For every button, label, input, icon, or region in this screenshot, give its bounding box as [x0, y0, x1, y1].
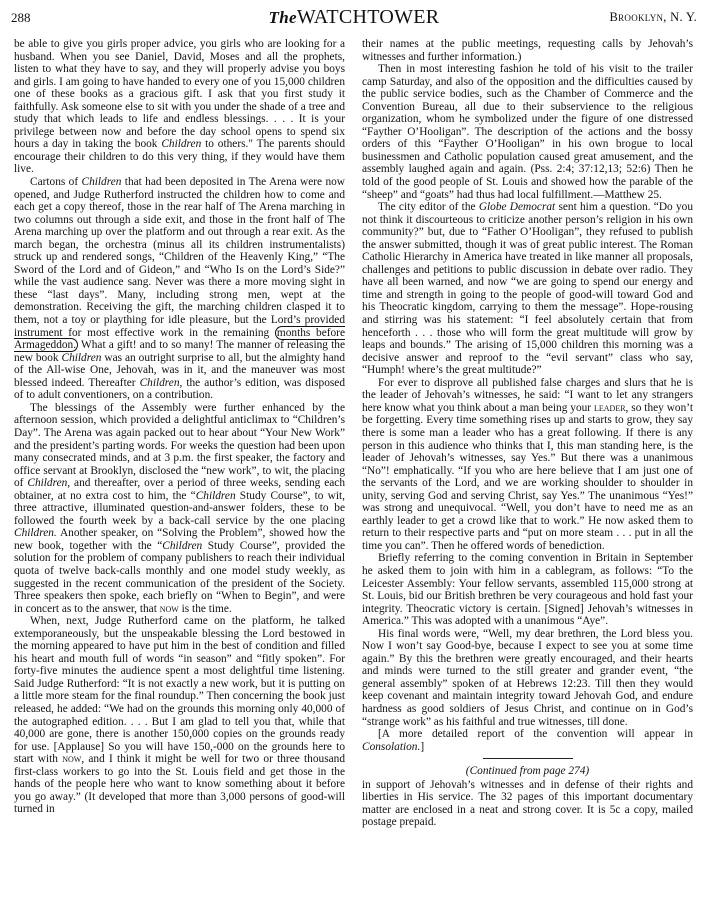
- text: sent him a question. “Do you not think i…: [362, 201, 693, 376]
- section-divider: [483, 758, 573, 759]
- text: [A more detailed report of the conventio…: [378, 728, 693, 740]
- text: The blessings of the Assembly were furth…: [14, 402, 345, 489]
- paragraph: For ever to disprove all published false…: [362, 377, 693, 553]
- italic-text: Children,: [27, 477, 70, 489]
- small-caps-text: leader: [594, 402, 626, 414]
- paragraph: The blessings of the Assembly were furth…: [14, 402, 345, 615]
- italic-text: Children: [161, 138, 201, 150]
- paragraph: Cartons of Children that had been deposi…: [14, 176, 345, 402]
- text: that had been deposited in The Arena wer…: [14, 176, 345, 339]
- paragraph: in support of Jehovah’s witnesses and in…: [362, 779, 693, 829]
- editor-note: [A more detailed report of the conventio…: [362, 728, 693, 753]
- small-caps-text: now: [160, 603, 179, 615]
- location-label: Brooklyn, N. Y.: [609, 10, 697, 25]
- left-column: be able to give you girls proper advice,…: [14, 38, 345, 816]
- paragraph: When, next, Judge Rutherford came on the…: [14, 615, 345, 816]
- page-header: 288 TheWATCHTOWER Brooklyn, N. Y.: [0, 0, 708, 36]
- text: The city editor of the: [378, 201, 479, 213]
- masthead-prefix: The: [269, 8, 297, 27]
- italic-text: Globe Democrat: [479, 201, 555, 213]
- italic-text: Children: [162, 540, 202, 552]
- italic-text: Children: [62, 352, 102, 364]
- text: When, next, Judge Rutherford came on the…: [14, 615, 345, 765]
- text: be able to give you girls proper advice,…: [14, 38, 345, 150]
- text: is the time.: [179, 603, 232, 615]
- italic-text: Consolation.: [362, 741, 420, 753]
- continued-label: (Continued from page 274): [362, 765, 693, 778]
- right-column: their names at the public meetings, requ…: [362, 38, 693, 829]
- italic-text: Children: [196, 490, 236, 502]
- text: ]: [420, 741, 424, 753]
- italic-text: Children: [82, 176, 122, 188]
- paragraph: be able to give you girls proper advice,…: [14, 38, 345, 176]
- italic-text: Children,: [140, 377, 183, 389]
- masthead-name: WATCHTOWER: [297, 6, 440, 28]
- small-caps-text: now: [62, 753, 81, 765]
- paragraph: Briefly referring to the coming conventi…: [362, 552, 693, 627]
- text: Cartons of: [30, 176, 82, 188]
- paragraph: their names at the public meetings, requ…: [362, 38, 693, 63]
- paragraph: Then in most interesting fashion he told…: [362, 63, 693, 201]
- italic-text: Children.: [14, 527, 57, 539]
- masthead-title: TheWATCHTOWER: [0, 6, 708, 29]
- paragraph: His final words were, “Well, my dear bre…: [362, 628, 693, 728]
- paragraph: The city editor of the Globe Democrat se…: [362, 201, 693, 377]
- text: , so they won’t be forgetting. Every tim…: [362, 402, 693, 552]
